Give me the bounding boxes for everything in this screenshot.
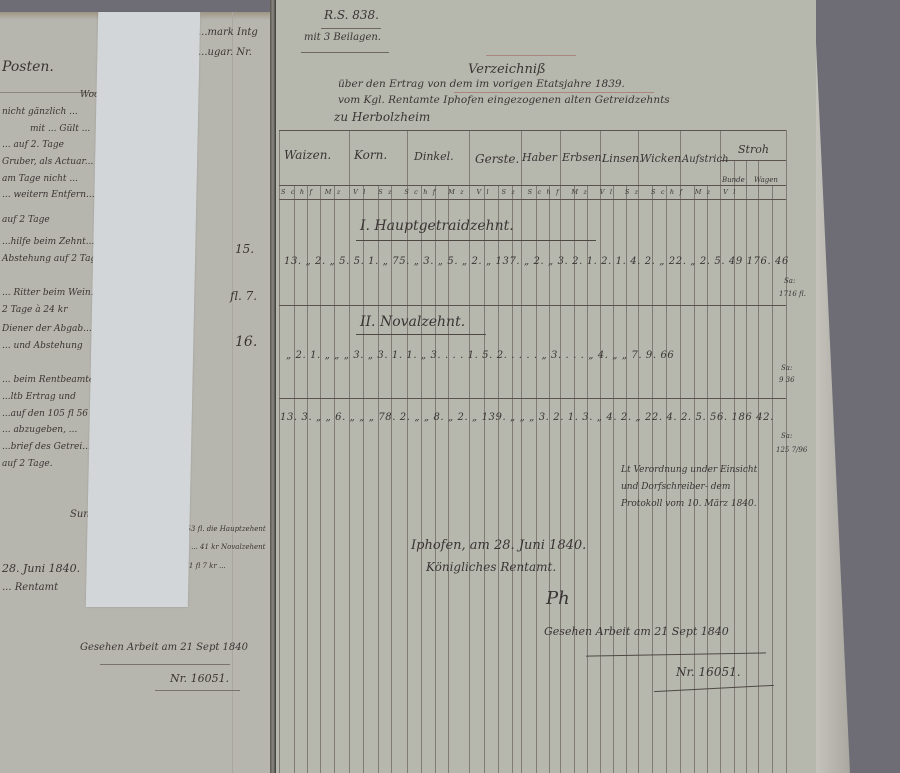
section-2-sum-value: 9 36 — [779, 376, 795, 384]
subtitle-line-1: über den Ertrag von dem im vorigen Etats… — [338, 78, 625, 90]
section-1-row: 13. „ 2. „ 5. 5. 1. „ 75. „ 3. „ 5. „ 2.… — [284, 256, 789, 267]
col-header-aufstrich: Aufstrich — [682, 154, 729, 165]
paper-bookmark-strip — [86, 12, 200, 607]
top-right-note-1: ...mark Intg — [198, 27, 258, 38]
subtitle-line-3: zu Herbolzheim — [334, 110, 430, 124]
text-line: nicht gänzlich ... — [2, 107, 78, 117]
text-line: 2 Tage à 24 kr — [2, 305, 68, 315]
subheader-wagen: Wagen — [754, 176, 778, 184]
text-line: Abstehung auf 2 Tag — [2, 254, 96, 264]
left-heading-fragment: Posten. — [2, 59, 54, 75]
col-header-stroh: Stroh — [738, 143, 769, 156]
remark-line-2: und Dorfschreiber- dem — [621, 482, 730, 492]
text-line: ...brief des Getrei... — [2, 442, 91, 452]
text-line: am Tage nicht ... — [2, 174, 78, 184]
col-header-korn: Korn. — [354, 148, 387, 162]
document-title: Verzeichniß — [468, 62, 546, 77]
margin-number: 16. — [235, 334, 257, 350]
reference-number: R.S. 838. — [324, 8, 379, 22]
attachments-note: mit 3 Beilagen. — [304, 32, 381, 43]
section-2-sum-label: Sa: — [781, 364, 792, 372]
remark-line-1: Lt Verordnung under Einsicht — [621, 465, 757, 475]
subtitle-line-2: vom Kgl. Rentamte Iphofen eingezogenen a… — [338, 94, 670, 106]
unit-header-row: Schf Mz Vl Sz Schf Mz Vl Sz Schf Mz Vl S… — [281, 188, 741, 196]
col-header-erbsen: Erbsen. — [562, 151, 605, 164]
text-line: ... Rentamt — [2, 582, 58, 593]
left-page: Posten. ...mark Intg ...ugar. Nr. Wochen… — [0, 12, 272, 773]
text-line: mit ... Gült ... — [30, 124, 90, 134]
top-right-note-2: ...ugar. Nr. — [198, 47, 252, 58]
text-line: ... weitern Entfern... — [2, 190, 95, 200]
col-header-waizen: Waizen. — [284, 148, 331, 162]
col-header-gerste: Gerste. — [475, 152, 519, 166]
margin-note: 153 fl. die Hauptzehent — [182, 525, 266, 533]
signature: Ph — [546, 588, 570, 609]
margin-number: 15. — [235, 242, 254, 256]
bottom-note: Gesehen Arbeit am 21 Sept 1840 — [544, 625, 729, 638]
bottom-note: Gesehen Arbeit am 21 Sept 1840 — [80, 642, 248, 653]
place-date: Iphofen, am 28. Juni 1840. — [411, 538, 586, 553]
underline — [155, 690, 240, 691]
issuing-office: Königliches Rentamt. — [426, 560, 556, 574]
col-header-wicken: Wicken. — [640, 152, 685, 165]
right-page: R.S. 838. mit 3 Beilagen. Verzeichniß üb… — [276, 0, 816, 773]
bottom-note-number: Nr. 16051. — [170, 672, 229, 685]
text-line: ... Ritter beim Wein... — [2, 288, 99, 298]
text-line: Diener der Abgab... — [2, 324, 92, 334]
subheader-bunde: Bunde — [722, 176, 745, 184]
section-1-sum-value: 1716 fl. — [779, 290, 806, 298]
col-header-linsen: Linsen. — [602, 152, 643, 165]
text-line: ...auf den 105 fl 56 — [2, 409, 88, 419]
section-heading-hauptzehnt: I. Hauptgetraidzehnt. — [360, 218, 514, 234]
margin-note: 17 ... 41 kr Novalzehent — [180, 543, 266, 551]
text-line: ... beim Rentbeamten — [2, 375, 100, 385]
section-heading-novalzehnt: II. Novalzehnt. — [360, 314, 465, 330]
text-line: ... abzugeben, ... — [2, 425, 77, 435]
col-header-dinkel: Dinkel. — [414, 150, 454, 163]
text-line: auf 2 Tage — [2, 215, 50, 225]
margin-rule — [232, 12, 233, 773]
underline — [100, 664, 230, 665]
section-1-sum-label: Sa: — [784, 277, 795, 285]
text-line: ...hilfe beim Zehnt... — [2, 237, 94, 247]
bottom-note-number: Nr. 16051. — [676, 665, 741, 679]
text-line: Gruber, als Actuar... — [2, 157, 93, 167]
totals-row: 13. 3. „ „ 6. „ „ „ 78. 2. „ „ 8. „ 2. „… — [280, 412, 774, 423]
totals-sum-value: 125 7/96 — [776, 446, 807, 454]
text-line: auf 2 Tage. — [2, 459, 53, 469]
col-header-haber: Haber — [522, 151, 557, 164]
margin-number: fl. 7. — [230, 289, 257, 303]
remark-line-3: Protokoll vom 10. März 1840. — [621, 499, 757, 509]
section-2-row: „ 2. 1. „ „ „ 3. „ 3. 1. 1. „ 3. . . . 1… — [286, 350, 674, 361]
text-line: ... und Abstehung — [2, 341, 83, 351]
date-line: 28. Juni 1840. — [2, 562, 80, 575]
text-line: ...ltb Ertrag und — [2, 392, 76, 402]
totals-sum-label: Sa: — [781, 432, 792, 440]
text-line: ... auf 2. Tage — [2, 140, 64, 150]
